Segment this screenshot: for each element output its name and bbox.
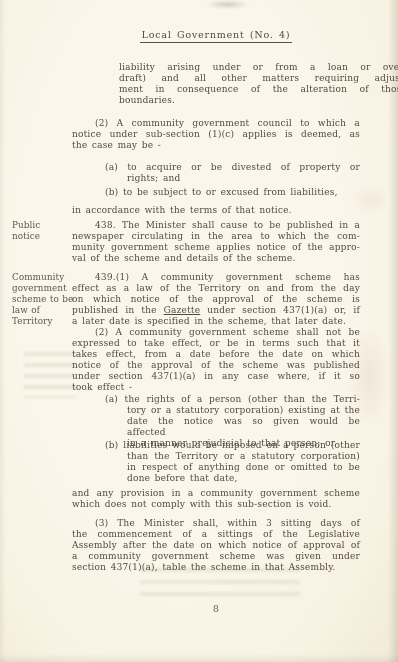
text-line: (2) A community government council to wh… <box>72 119 360 130</box>
text-line: which does not comply with this sub-sect… <box>72 500 360 511</box>
text-line: rights; and <box>72 174 360 185</box>
list-item-a: (a) to acquire or be divested of propert… <box>72 163 360 185</box>
text-line-gazette: published in the Gazette under section 4… <box>72 306 360 317</box>
paragraph-continuation: liability arising under or from a loan o… <box>72 63 398 107</box>
text-line: (b) to be subject to or excused from lia… <box>72 188 360 199</box>
text-line: notice under sub-section (1)(c) applies … <box>72 130 360 141</box>
gazette-emphasis: Gazette <box>164 306 201 316</box>
text-line: under section 437(1)(a) in any case wher… <box>72 372 360 383</box>
margin-note-line: notice <box>12 232 74 243</box>
text-line: (b) liabilities would be imposed on a pe… <box>72 441 360 452</box>
text-line: effect as a law of the Territory on and … <box>72 284 360 295</box>
paragraph-closing: in accordance with the terms of that not… <box>72 206 360 217</box>
text-segment: published in the <box>72 306 164 316</box>
section-439-1: 439.(1) A community government scheme ha… <box>72 273 360 328</box>
text-segment: under section 437(1)(a) or, if <box>200 306 360 316</box>
text-line: (3) The Minister shall, within 3 sitting… <box>72 519 360 530</box>
text-line: val of the scheme and details of the sch… <box>72 254 360 265</box>
list-item-b2: (b) liabilities would be imposed on a pe… <box>72 441 360 485</box>
margin-note-line: scheme to be <box>12 295 74 306</box>
text-line: (2) A community government scheme shall … <box>72 328 360 339</box>
text-line: a community government scheme was given … <box>72 552 360 563</box>
paragraph-437-2: (2) A community government council to wh… <box>72 119 360 152</box>
text-line: boundaries. <box>119 96 398 107</box>
text-line: draft) and all other matters requiring a… <box>119 74 398 85</box>
text-line: (a) the rights of a person (other than t… <box>72 395 360 406</box>
text-line: date the notice was so given would be af… <box>72 417 360 439</box>
text-line: in accordance with the terms of that not… <box>72 206 360 217</box>
text-line: notice of the approval of the scheme was… <box>72 361 360 372</box>
margin-note-community-scheme: Community government scheme to be law of… <box>12 273 74 328</box>
text-line: in respect of anything done or omitted t… <box>72 463 360 474</box>
text-line: section 437(1)(a), table the scheme in t… <box>72 563 360 574</box>
text-line: tory or a statutory corporation) existin… <box>72 406 360 417</box>
margin-note-line: law of <box>12 306 74 317</box>
text-line: done before that date, <box>72 474 360 485</box>
text-line: on which notice of the approval of the s… <box>72 295 360 306</box>
text-line: the commencement of a sittings of the Le… <box>72 530 360 541</box>
section-439-2: (2) A community government scheme shall … <box>72 328 360 394</box>
text-line: ment in consequence of the alteration of… <box>119 85 398 96</box>
margin-note-line: Territory <box>12 317 74 328</box>
margin-note-line: Community <box>12 273 74 284</box>
text-line: expressed to take effect, or be in terms… <box>72 339 360 350</box>
running-header: Local Government (No. 4) <box>72 30 360 43</box>
margin-note-public-notice: Public notice <box>12 221 74 243</box>
text-line: and any provision in a community governm… <box>72 489 360 500</box>
text-line: a later date is specified in the scheme,… <box>72 317 360 328</box>
scan-artifact <box>24 352 76 398</box>
list-item-b: (b) to be subject to or excused from lia… <box>72 188 360 199</box>
text-line: the case may be - <box>72 141 360 152</box>
text-line: took effect - <box>72 383 360 394</box>
page-title: Local Government (No. 4) <box>140 30 293 43</box>
text-line: 438. The Minister shall cause to be publ… <box>72 221 360 232</box>
section-439-3: (3) The Minister shall, within 3 sitting… <box>72 519 360 574</box>
text-line: munity government scheme applies notice … <box>72 243 360 254</box>
text-line: liability arising under or from a loan o… <box>119 63 398 74</box>
scanned-page: Local Government (No. 4) Public notice C… <box>0 0 398 662</box>
margin-note-line: government <box>12 284 74 295</box>
scan-edge-shadow <box>0 654 398 662</box>
text-line: Assembly after the date on which notice … <box>72 541 360 552</box>
text-line: than the Territory or a statutory corpor… <box>72 452 360 463</box>
text-line: 439.(1) A community government scheme ha… <box>72 273 360 284</box>
section-438: 438. The Minister shall cause to be publ… <box>72 221 360 265</box>
text-line: takes effect, from a date before the dat… <box>72 350 360 361</box>
text-line: (a) to acquire or be divested of propert… <box>72 163 360 174</box>
scan-edge-shadow <box>0 0 6 662</box>
page-number: 8 <box>72 604 360 615</box>
scan-artifact <box>205 0 250 9</box>
paragraph-void-clause: and any provision in a community governm… <box>72 489 360 511</box>
text-line: newspaper circulating in the area to whi… <box>72 232 360 243</box>
margin-note-line: Public <box>12 221 74 232</box>
